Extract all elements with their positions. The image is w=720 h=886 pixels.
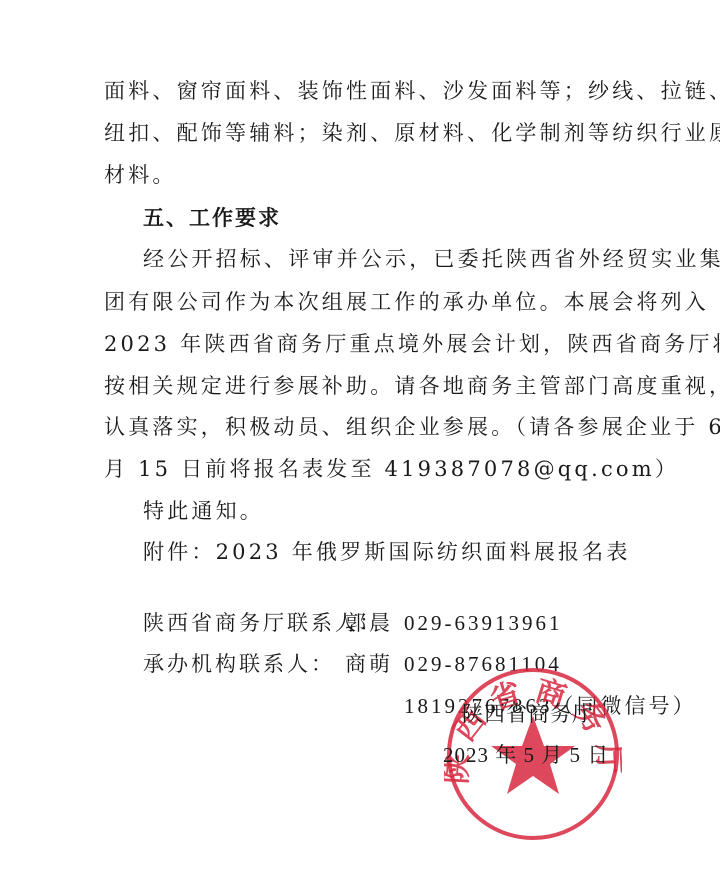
body-line: 纽扣、配饰等辅料；染剂、原材料、化学制剂等纺织行业原 [104, 118, 720, 148]
signature-date: 2023 年 5 月 5 日 [443, 740, 609, 770]
requirements-line: 认真落实，积极动员、组织企业参展。（请各参展企业于 6 [104, 412, 720, 442]
body-line: 材料。 [104, 160, 177, 190]
section-heading: 五、工作要求 [143, 203, 281, 233]
contact-label: 承办机构联系人： [143, 649, 335, 679]
requirements-line: 按相关规定进行参展补助。请各地商务主管部门高度重视， [104, 371, 720, 401]
contact-phone: 029-63913961 [404, 608, 563, 638]
requirements-line: 经公开招标、评审并公示，已委托陕西省外经贸实业集 [143, 244, 720, 274]
body-line: 面料、窗帘面料、装饰性面料、沙发面料等；纱线、拉链、 [104, 76, 720, 106]
signature-issuer: 陕西省商务厅 [462, 699, 594, 729]
contact-name: 郭晨 [345, 608, 393, 638]
closing-text: 特此通知。 [143, 496, 264, 526]
requirements-line: 2023 年陕西省商务厅重点境外展会计划，陕西省商务厅将 [104, 329, 720, 359]
attachment-text: 附件：2023 年俄罗斯国际纺织面料展报名表 [143, 537, 631, 567]
contact-name: 商萌 [345, 649, 393, 679]
requirements-line: 月 15 日前将报名表发至 419387078@qq.com） [104, 454, 679, 484]
requirements-line: 团有限公司作为本次组展工作的承办单位。本展会将列入 [104, 287, 709, 317]
